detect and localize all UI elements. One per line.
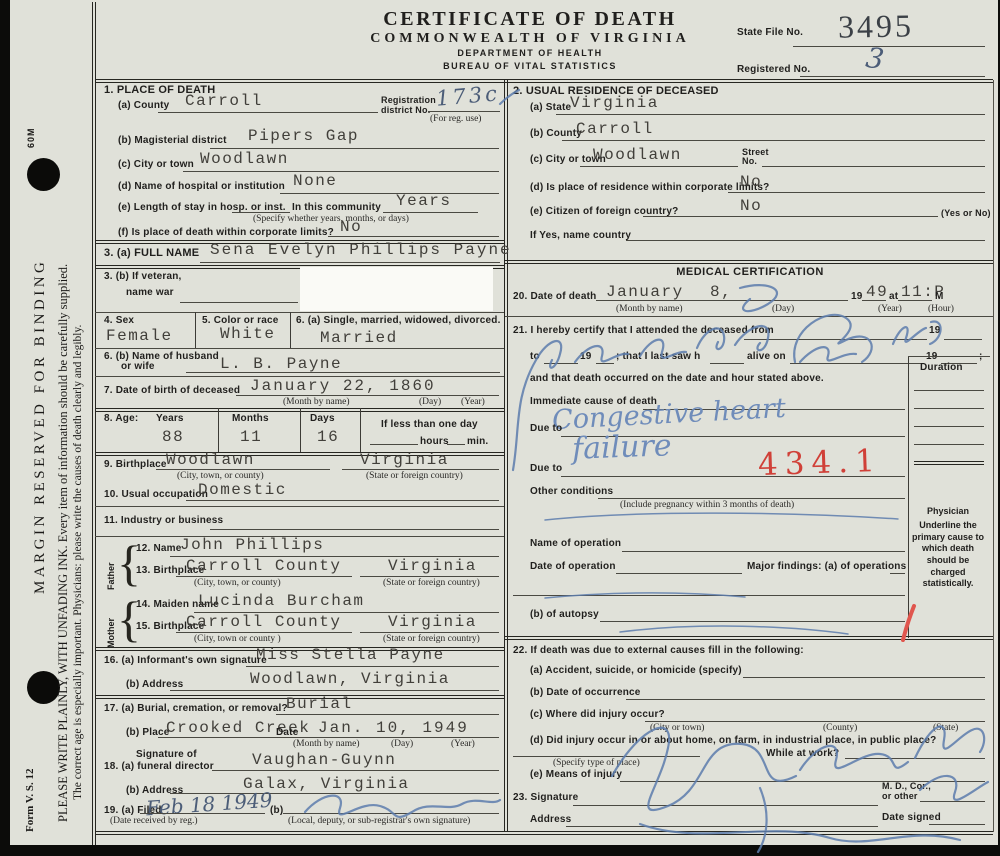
funeral-director-value: Vaughan-Guynn [252, 751, 396, 769]
county-rule [158, 112, 378, 113]
city-or-town-rule [183, 171, 499, 172]
medical-certification-title: MEDICAL CERTIFICATION [600, 266, 900, 278]
date-of-death-month: January [606, 283, 684, 301]
while-at-work-rule [845, 758, 985, 759]
dod-rule-2 [862, 300, 886, 301]
md-cor-label-2: or other [882, 791, 918, 801]
state-file-rule [793, 46, 985, 47]
punch-hole-top [27, 158, 60, 191]
funeral-director-label: 18. (a) funeral director [104, 761, 214, 772]
burial-date-value: Jan. 10, 1949 [318, 719, 469, 737]
header-divider-rule [95, 79, 993, 83]
corporate-limits-value: No [340, 218, 362, 236]
attended-from-19: 19 [929, 325, 941, 336]
full-name-label: 3. (a) FULL NAME [104, 247, 199, 259]
if-yes-country-label: If Yes, name country [530, 230, 631, 241]
burial-hint-day: (Day) [391, 739, 413, 749]
marital-status-label: 6. (a) Single, married, widowed, divorce… [296, 315, 501, 326]
city-or-town-value: Woodlawn [200, 150, 289, 168]
attended-from-rule [744, 339, 927, 340]
citizen-hint: (Yes or No) [941, 208, 991, 218]
age-years-label: Years [156, 413, 184, 424]
birthplace-place-hint: (City, town, or county) [177, 471, 264, 481]
mother-birthstate-value: Virginia [388, 613, 477, 631]
mother-side-label: Mother [106, 618, 116, 648]
father-birthstate-value: Virginia [388, 557, 477, 575]
section21-bottom-rule [505, 636, 993, 640]
race-marital-divider [290, 312, 291, 348]
duration-box-top-rule [908, 356, 990, 357]
spouse-value: L. B. Payne [220, 355, 342, 373]
burial-rule [276, 714, 499, 715]
bottom-border-rule [95, 831, 993, 835]
date-of-birth-label: 7. Date of birth of deceased [104, 385, 240, 396]
section2-bottom-rule [505, 260, 993, 264]
attended-to-19: 19 [580, 351, 592, 362]
age-years-value: 88 [162, 428, 184, 446]
birthplace-rule-2 [342, 469, 499, 470]
reg-district-label-1: Registration [381, 95, 436, 105]
date-of-death-m: M [935, 291, 944, 302]
physician-note-title: Physician [908, 506, 988, 518]
state-file-no-stamp: 3495 [838, 7, 915, 45]
father-birthplace-hint: (City, town, or county) [194, 578, 281, 588]
min-label: min. [467, 436, 488, 447]
alive-on-label: alive on [747, 351, 786, 362]
father-birthstate-hint: (State or foreign country) [383, 578, 480, 588]
duration-line-3 [914, 426, 984, 427]
residence-city-rule [580, 166, 738, 167]
physician-address-rule [566, 826, 878, 827]
burial-hint-year: (Year) [451, 739, 475, 749]
marital-bottom-rule [95, 348, 504, 349]
date-of-death-19: 19 [851, 291, 863, 302]
county-label: (a) County [118, 100, 169, 111]
duration-line-5 [914, 461, 984, 465]
father-name-value: John Phillips [180, 536, 324, 554]
age-divider-3 [360, 408, 361, 452]
death-occurred-statement: and that death occurred on the date and … [530, 373, 824, 384]
reg-district-label-2: district No. [381, 105, 430, 115]
burial-hint-month: (Month by name) [293, 739, 360, 749]
findings-continuation-rule [513, 595, 905, 596]
age-label: 8. Age: [104, 413, 138, 424]
injury-where-rule [645, 721, 985, 722]
spouse-rule [186, 372, 500, 373]
age-days-value: 16 [317, 428, 339, 446]
margin-binding-note: MARGIN RESERVED FOR BINDING [32, 259, 49, 594]
date-of-birth-value: January 22, 1860 [250, 377, 436, 395]
age-months-label: Months [232, 413, 269, 424]
mother-name-value: Lucinda Burcham [198, 592, 365, 610]
state-file-no-label: State File No. [737, 27, 803, 38]
accident-rule [743, 677, 985, 678]
occupation-label: 10. Usual occupation [104, 489, 208, 500]
md-cor-label-1: M. D., Cor., [882, 781, 931, 791]
burial-place-rule [158, 737, 499, 738]
sex-value: Female [106, 327, 173, 345]
mother-birthplace-rule-1 [176, 632, 352, 633]
marital-status-value: Married [320, 329, 398, 347]
residence-state-rule [556, 114, 985, 115]
birthplace-place-value: Woodlawn [166, 451, 255, 469]
due-to-1-label: Due to [530, 423, 562, 434]
full-name-value: Sena Evelyn Phillips Payne [210, 241, 512, 259]
other-conditions-hint: (Include pregnancy within 3 months of de… [620, 500, 794, 510]
residence-limits-value: No [740, 173, 762, 191]
while-at-work-label: While at work? [766, 748, 839, 759]
attended-to-label: to [530, 351, 540, 362]
occupation-bottom-rule [95, 506, 504, 507]
right-edge-rule [993, 80, 994, 832]
registrar-signature-rule [283, 813, 499, 814]
length-of-stay-rule-1 [232, 212, 290, 213]
date-signed-rule [929, 824, 985, 825]
name-of-operation-label: Name of operation [530, 538, 621, 549]
age-divider-2 [300, 408, 301, 452]
major-findings-label: Major findings: (a) of operations [747, 561, 906, 572]
spouse-label-2: or wife [121, 361, 155, 372]
duration-line-1 [914, 390, 984, 391]
physician-address-label: Address [530, 814, 571, 825]
less-than-one-day-label: If less than one day [381, 419, 478, 430]
margin-form-number: Form V. S. 12 [24, 769, 36, 832]
filed-hint: (Date received by reg.) [110, 816, 198, 826]
funeral-director-prelabel: Signature of [136, 749, 197, 760]
last-saw-label: ; that I last saw h [616, 351, 700, 362]
informant-address-rule [170, 690, 499, 691]
commonwealth-subtitle: COMMONWEALTH OF VIRGINIA [320, 31, 740, 47]
physician-signature-rule [573, 805, 878, 806]
injury-hint-state: (State) [933, 723, 958, 733]
last-saw-rule [710, 363, 744, 364]
min-rule [447, 444, 465, 445]
icd-code-handwritten-red: 434.1 [757, 443, 882, 483]
citizen-value: No [740, 197, 762, 215]
date-of-operation-rule [616, 573, 742, 574]
injury-place-hint: (Specify type of place) [553, 758, 640, 768]
date-of-operation-label: Date of operation [530, 561, 616, 572]
dod-hint-day: (Day) [772, 304, 794, 314]
city-or-town-label: (c) City or town [118, 159, 194, 170]
length-of-stay-hint: (Specify whether years, months, or days) [253, 214, 409, 224]
mother-birthplace-hint: (City, town or county ) [194, 634, 281, 644]
filed-rule [140, 813, 265, 814]
sex-race-divider [195, 312, 196, 348]
informant-label: 16. (a) Informant's own signature [104, 655, 267, 666]
dod-hint-year: (Year) [878, 304, 902, 314]
certify-statement: 21. I hereby certify that I attended the… [513, 325, 774, 336]
corporate-limits-rule [328, 236, 499, 237]
father-name-label: 12. Name [136, 543, 182, 554]
margin-print-code: 60M [26, 127, 36, 148]
redaction-box [300, 267, 493, 311]
attended-to-rule [544, 363, 578, 364]
hours-rule [370, 444, 418, 445]
veteran-bottom-rule [95, 312, 504, 313]
burial-label: 17. (a) Burial, cremation, or removal? [104, 703, 288, 714]
name-of-operation-rule [622, 551, 905, 552]
due-to-1-handwritten: failure [571, 428, 672, 466]
age-days-label: Days [310, 413, 335, 424]
margin-write-plainly-line1: PLEASE WRITE PLAINLY, WITH UNFADING INK.… [56, 264, 71, 822]
injury-place-rule [513, 756, 700, 757]
duration-label: Duration [920, 362, 963, 373]
other-conditions-rule [598, 498, 905, 499]
margin-divider-rule [92, 2, 96, 845]
date-of-death-label: 20. Date of death [513, 291, 596, 302]
injury-location-label: (d) Did injury occur in or about home, o… [530, 735, 936, 746]
hours-label: hours [420, 436, 449, 447]
magisterial-district-rule [210, 148, 499, 149]
veteran-label-2: name war [126, 287, 174, 298]
age-months-value: 11 [240, 428, 262, 446]
county-value: Carroll [185, 92, 263, 110]
dod-rule-3 [898, 300, 932, 301]
citizen-rule [643, 216, 938, 217]
margin-write-plainly-line2: The correct age is especially important.… [72, 325, 84, 800]
occurrence-date-label: (b) Date of occurrence [530, 687, 641, 698]
sex-label: 4. Sex [104, 315, 134, 326]
birthplace-rule-1 [156, 469, 330, 470]
funeral-director-rule [212, 770, 499, 771]
father-side-label: Father [106, 562, 116, 590]
attended-from-year-rule [944, 339, 982, 340]
residence-state-label: (a) State [530, 102, 571, 113]
length-of-stay-value: Years [396, 192, 452, 210]
residence-limits-rule [728, 192, 985, 193]
if-yes-country-rule [626, 240, 985, 241]
hospital-label: (d) Name of hospital or institution [118, 181, 285, 192]
mother-birthplace-rule-2 [360, 632, 499, 633]
reg-district-hint: (For reg. use) [430, 114, 481, 124]
street-label-2: No. [742, 156, 757, 166]
duration-line-4 [914, 444, 984, 445]
autopsy-rule [600, 621, 905, 622]
means-of-injury-label: (e) Means of injury [530, 769, 622, 780]
bureau-line: BUREAU OF VITAL STATISTICS [320, 61, 740, 71]
dod-hint-hour: (Hour) [928, 304, 954, 314]
corporate-limits-label: (f) Is place of death within corporate l… [118, 227, 334, 238]
birthplace-state-value: Virginia [360, 451, 449, 469]
alive-on-rule [790, 363, 924, 364]
mother-birthstate-hint: (State or foreign country) [383, 634, 480, 644]
informant-address-label: (b) Address [126, 679, 183, 690]
informant-address-value: Woodlawn, Virginia [250, 670, 450, 688]
physician-signature-label: 23. Signature [513, 792, 578, 803]
registered-no-label: Registered No. [737, 64, 810, 75]
age-divider-1 [218, 408, 219, 452]
residence-state-value: Virginia [570, 94, 659, 112]
reg-district-rule [428, 111, 500, 112]
occurrence-date-rule [626, 699, 985, 700]
industry-rule [210, 529, 499, 530]
death-certificate-scan: 60M MARGIN RESERVED FOR BINDING PLEASE W… [0, 0, 1000, 856]
certificate-title: CERTIFICATE OF DEATH [320, 8, 740, 31]
registered-no-rule [800, 76, 985, 77]
hospital-value: None [293, 172, 337, 190]
father-birthplace-value: Carroll County [186, 557, 341, 575]
injury-where-label: (c) Where did injury occur? [530, 709, 665, 720]
magisterial-district-value: Pipers Gap [248, 127, 359, 145]
veteran-rule [180, 302, 298, 303]
dod-rule-1 [596, 300, 848, 301]
date-signed-label: Date signed [882, 812, 941, 823]
other-conditions-label: Other conditions [530, 486, 613, 497]
accident-label: (a) Accident, suicide, or homicide (spec… [530, 665, 742, 676]
in-this-community-label: In this community [292, 202, 381, 213]
duration-line-2 [914, 408, 984, 409]
magisterial-district-label: (b) Magisterial district [118, 135, 227, 146]
external-causes-title: 22. If death was due to external causes … [513, 645, 804, 656]
injury-hint-city: (City or town) [650, 723, 704, 733]
injury-hint-county: (County) [823, 723, 857, 733]
duration-box-rule [908, 356, 909, 638]
autopsy-label: (b) of autopsy [530, 609, 599, 620]
father-birthplace-rule-2 [360, 576, 499, 577]
registrar-signature-hint: (Local, deputy, or sub-registrar's own s… [288, 816, 470, 826]
color-race-value: White [220, 325, 276, 343]
column-divider-rule [504, 80, 508, 832]
informant-rule [246, 666, 499, 667]
residence-city-value: Woodlawn [593, 146, 682, 164]
mother-birthplace-value: Carroll County [186, 613, 341, 631]
md-cor-rule [920, 801, 985, 802]
date-of-birth-rule [236, 395, 499, 396]
dod-bottom-rule [505, 316, 993, 317]
filed-b-label: (b) [270, 805, 283, 816]
burial-value: Burial [286, 695, 353, 713]
date-of-death-year: 49 [866, 283, 888, 301]
residence-county-value: Carroll [576, 120, 654, 138]
attended-to-year-rule [596, 363, 614, 364]
residence-county-rule [562, 140, 985, 141]
full-name-rule [200, 262, 500, 263]
hospital-rule [280, 193, 499, 194]
birthplace-state-hint: (State or foreign country) [366, 471, 463, 481]
department-line: DEPARTMENT OF HEALTH [320, 48, 740, 58]
dob-hint-month: (Month by name) [283, 397, 350, 407]
date-of-death-day: 8, [710, 283, 732, 301]
father-birthplace-rule-1 [176, 576, 352, 577]
major-findings-rule [890, 573, 905, 574]
physician-note-text: Underline the primary cause to which dea… [910, 520, 986, 590]
length-of-stay-rule-2 [383, 212, 478, 213]
occupation-value: Domestic [198, 481, 287, 499]
informant-value: Miss Stella Payne [256, 646, 445, 664]
industry-label: 11. Industry or business [104, 515, 223, 526]
dob-hint-day: (Day) [419, 397, 441, 407]
due-to-2-label: Due to [530, 463, 562, 474]
residence-county-label: (b) County [530, 128, 582, 139]
street-rule [762, 166, 985, 167]
date-of-death-at: at [889, 291, 898, 302]
dod-hint-month: (Month by name) [616, 304, 683, 314]
dob-hint-year: (Year) [461, 397, 485, 407]
occupation-rule [186, 500, 499, 501]
veteran-label-1: 3. (b) If veteran, [104, 271, 182, 282]
